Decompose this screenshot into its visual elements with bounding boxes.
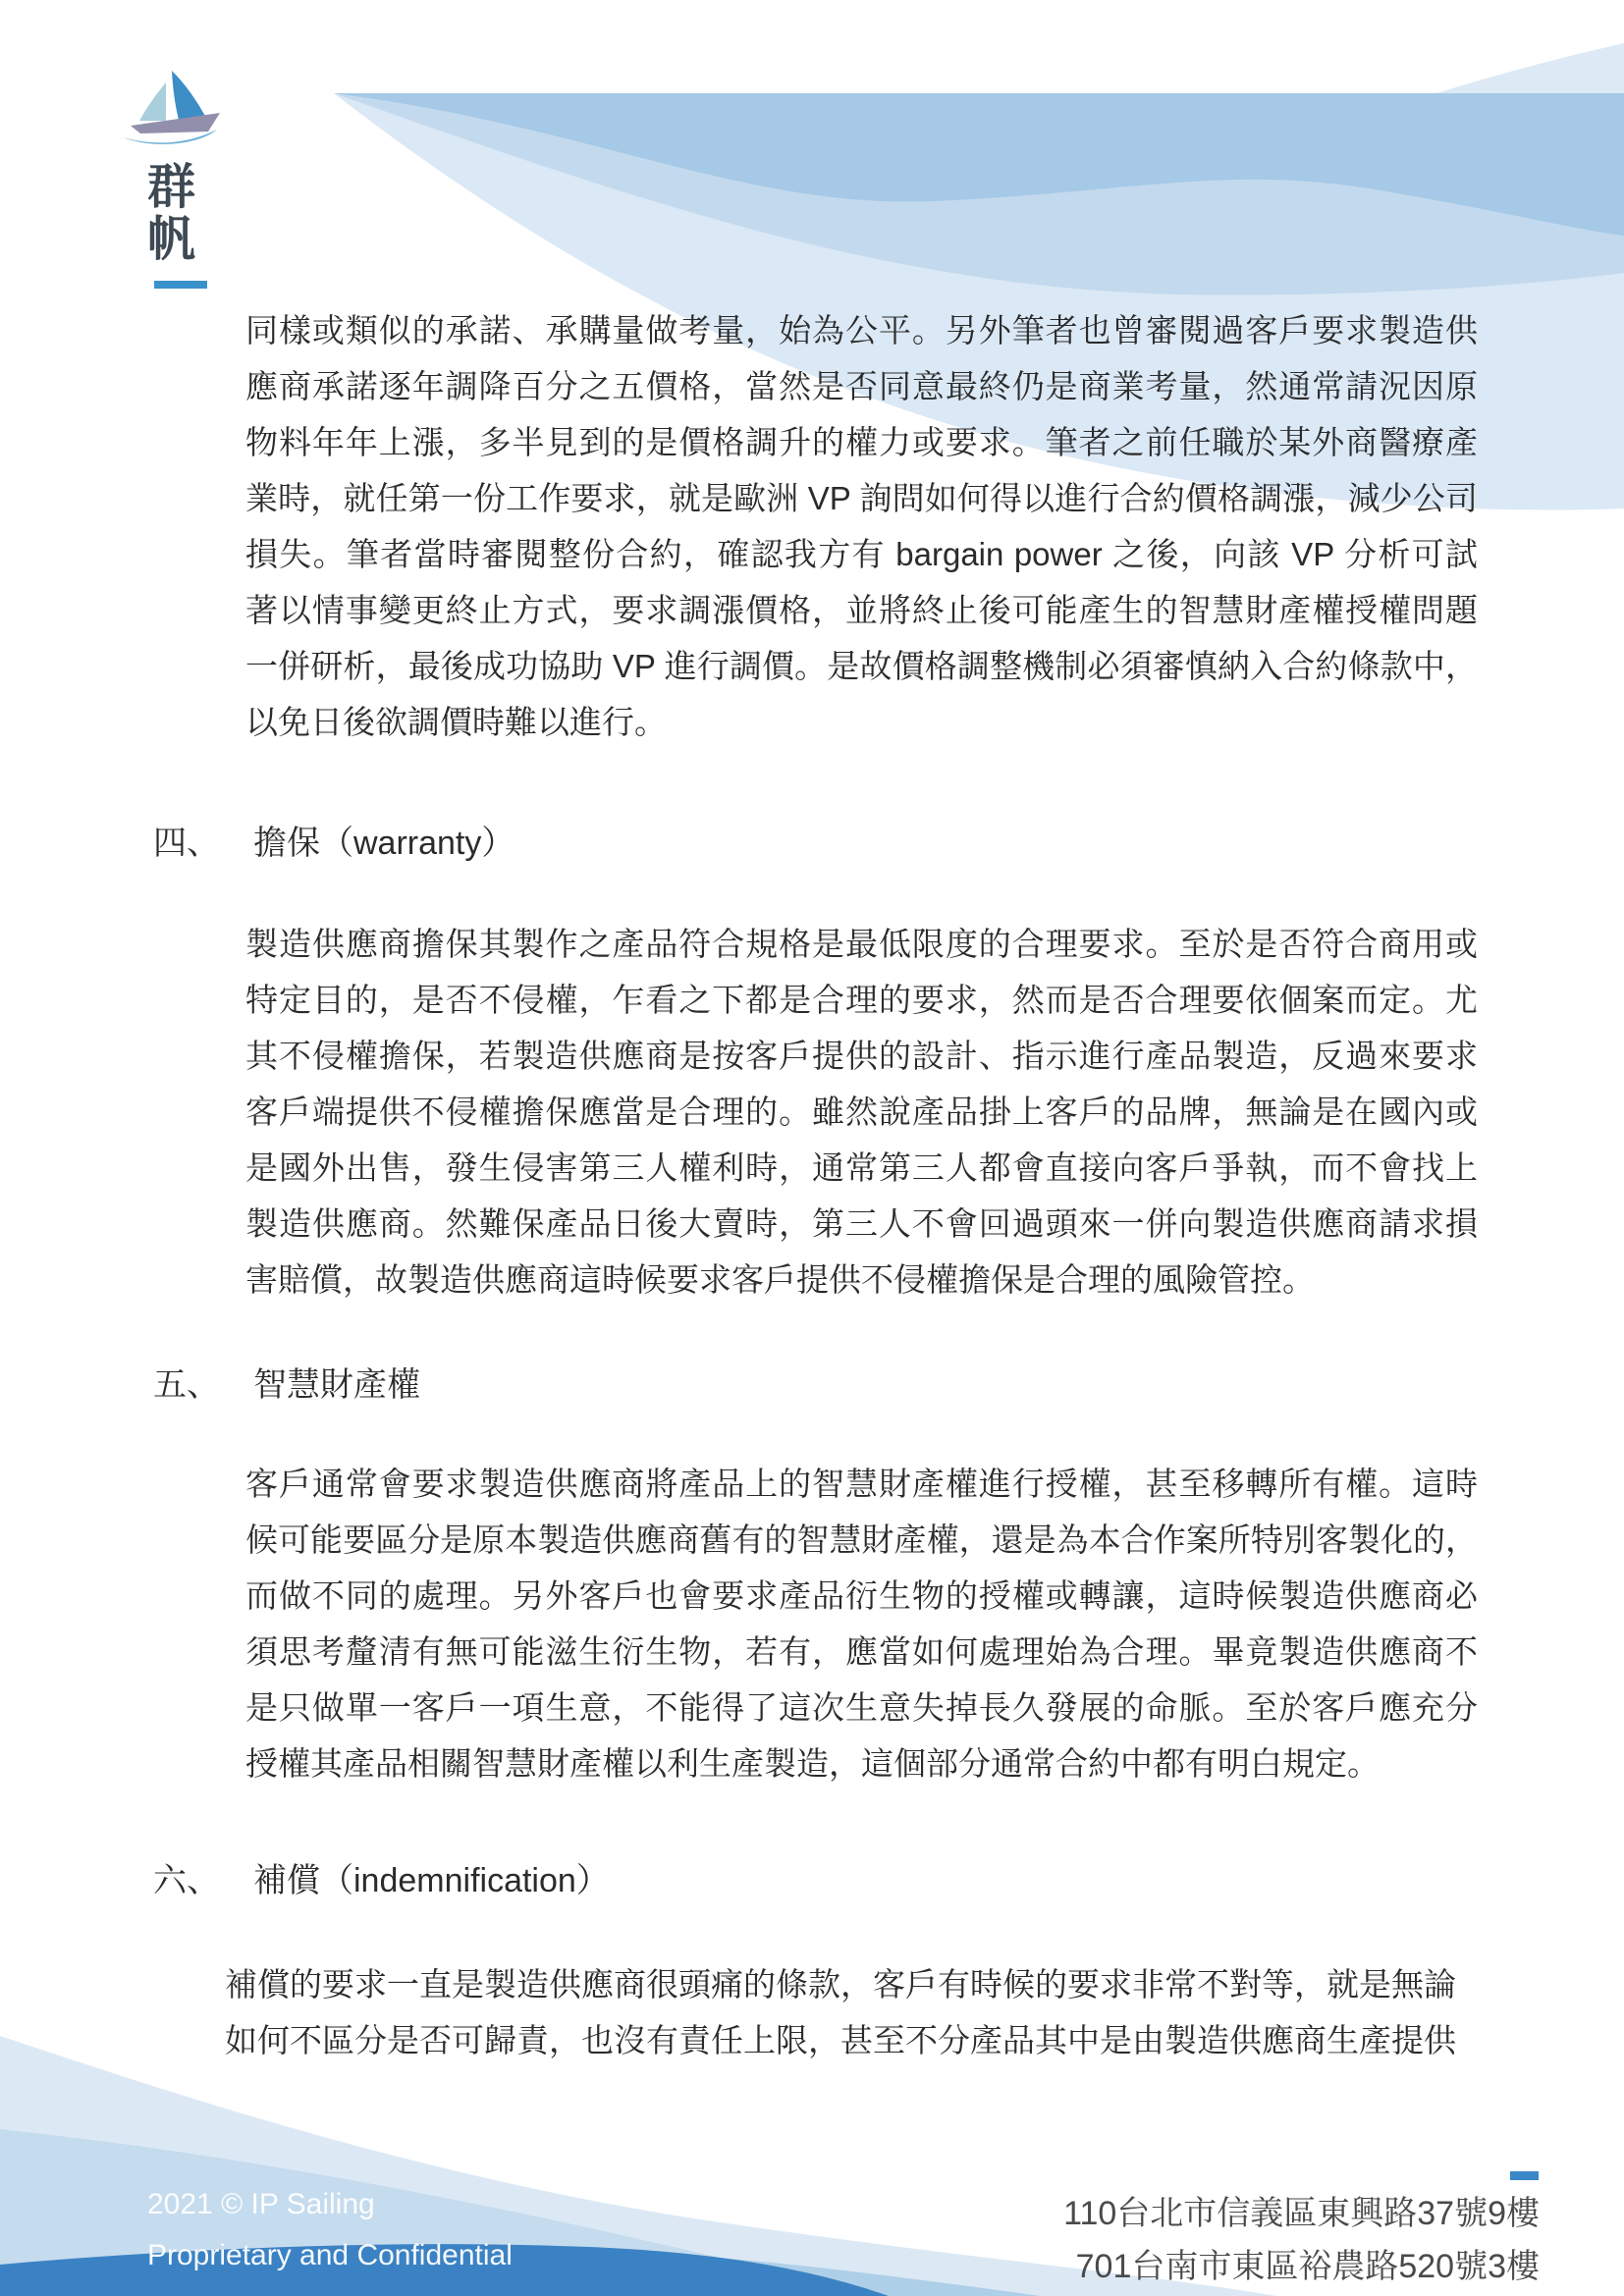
- text-line: 同樣或類似的承諾、承購量做考量，始為公平。另外筆者也曾審閱過客戶要求製造供: [245, 302, 1478, 358]
- sailboat-icon: [121, 69, 229, 151]
- section-6-number: 六、: [153, 1858, 253, 1903]
- text-line: 客戶端提供不侵權擔保應當是合理的。雖然說產品掛上客戶的品牌，無論是在國內或: [245, 1084, 1478, 1140]
- section-5-number: 五、: [153, 1362, 253, 1408]
- address-tainan: 701台南市東區裕農路520號3樓: [1063, 2240, 1540, 2293]
- paragraph-indemnification: 補償的要求一直是製造供應商很頭痛的條款，客戶有時候的要求非常不對等，就是無論如何…: [225, 1956, 1442, 2068]
- paragraph-intro: 同樣或類似的承諾、承購量做考量，始為公平。另外筆者也曾審閱過客戶要求製造供應商承…: [245, 302, 1478, 750]
- document-page: 群 帆 同樣或類似的承諾、承購量做考量，始為公平。另外筆者也曾審閱過客戶要求製造…: [0, 0, 1624, 2296]
- section-6-heading: 六、補償（indemnification）: [153, 1858, 610, 1903]
- section-5-title: 智慧財產權: [253, 1366, 420, 1404]
- text-line: 補償的要求一直是製造供應商很頭痛的條款，客戶有時候的要求非常不對等，就是無論: [225, 1956, 1442, 2012]
- text-line: 授權其產品相關智慧財產權以利生產製造，這個部分通常合約中都有明白規定。: [245, 1735, 1478, 1791]
- text-line: 而做不同的處理。另外客戶也會要求產品衍生物的授權或轉讓，這時候製造供應商必: [245, 1568, 1478, 1624]
- text-line: 以免日後欲調價時難以進行。: [245, 694, 1478, 750]
- section-4-heading: 四、擔保（warranty）: [153, 821, 514, 866]
- text-line: 是只做單一客戶一項生意，不能得了這次生意失掉長久發展的命脈。至於客戶應充分: [245, 1680, 1478, 1735]
- text-line: 一併研析，最後成功協助 VP 進行調價。是故價格調整機制必須審慎納入合約條款中，: [245, 638, 1478, 694]
- text-line: 損失。筆者當時審閱整份合約，確認我方有 bargain power 之後，向該 …: [245, 526, 1478, 582]
- confidential-notice: Proprietary and Confidential: [147, 2230, 513, 2281]
- footer-accent-dash: [1510, 2171, 1539, 2180]
- copyright-year: 2021 © IP Sailing: [147, 2179, 513, 2230]
- text-line: 製造供應商。然難保產品日後大賣時，第三人不會回過頭來一併向製造供應商請求損: [245, 1196, 1478, 1252]
- address-taipei: 110台北市信義區東興路37號9樓: [1063, 2187, 1540, 2240]
- text-line: 害賠償，故製造供應商這時候要求客戶提供不侵權擔保是合理的風險管控。: [245, 1252, 1478, 1308]
- section-4-number: 四、: [153, 821, 253, 866]
- text-line: 其不侵權擔保，若製造供應商是按客戶提供的設計、指示進行產品製造，反過來要求: [245, 1028, 1478, 1084]
- brand-name: 群 帆: [147, 162, 195, 266]
- text-line: 如何不區分是否可歸責，也沒有責任上限，甚至不分產品其中是由製造供應商生產提供: [225, 2012, 1442, 2068]
- section-5-heading: 五、智慧財產權: [153, 1362, 420, 1408]
- brand-underline: [154, 281, 207, 289]
- paragraph-ip-rights: 客戶通常會要求製造供應商將產品上的智慧財產權進行授權，甚至移轉所有權。這時候可能…: [245, 1456, 1478, 1791]
- text-line: 物料年年上漲，多半見到的是價格調升的權力或要求。筆者之前任職於某外商醫療產: [245, 414, 1478, 470]
- footer-addresses: 110台北市信義區東興路37號9樓 701台南市東區裕農路520號3樓: [1063, 2187, 1540, 2293]
- paragraph-warranty: 製造供應商擔保其製作之產品符合規格是最低限度的合理要求。至於是否符合商用或特定目…: [245, 916, 1478, 1308]
- text-line: 應商承諾逐年調降百分之五價格，當然是否同意最終仍是商業考量，然通常請況因原: [245, 358, 1478, 414]
- text-line: 候可能要區分是原本製造供應商舊有的智慧財產權，還是為本合作案所特別客製化的，: [245, 1512, 1478, 1568]
- text-line: 是國外出售，發生侵害第三人權利時，通常第三人都會直接向客戶爭執，而不會找上: [245, 1140, 1478, 1196]
- section-6-title: 補償（indemnification）: [253, 1862, 610, 1899]
- section-4-title: 擔保（warranty）: [253, 825, 514, 862]
- text-line: 特定目的，是否不侵權，乍看之下都是合理的要求，然而是否合理要依個案而定。尤: [245, 972, 1478, 1028]
- text-line: 製造供應商擔保其製作之產品符合規格是最低限度的合理要求。至於是否符合商用或: [245, 916, 1478, 972]
- text-line: 著以情事變更終止方式，要求調漲價格，並將終止後可能產生的智慧財產權授權問題: [245, 582, 1478, 638]
- text-line: 須思考釐清有無可能滋生衍生物，若有，應當如何處理始為合理。畢竟製造供應商不: [245, 1624, 1478, 1680]
- text-line: 業時，就任第一份工作要求，就是歐洲 VP 詢問如何得以進行合約價格調漲，減少公司: [245, 470, 1478, 526]
- footer-copyright: 2021 © IP Sailing Proprietary and Confid…: [147, 2179, 513, 2281]
- text-line: 客戶通常會要求製造供應商將產品上的智慧財產權進行授權，甚至移轉所有權。這時: [245, 1456, 1478, 1512]
